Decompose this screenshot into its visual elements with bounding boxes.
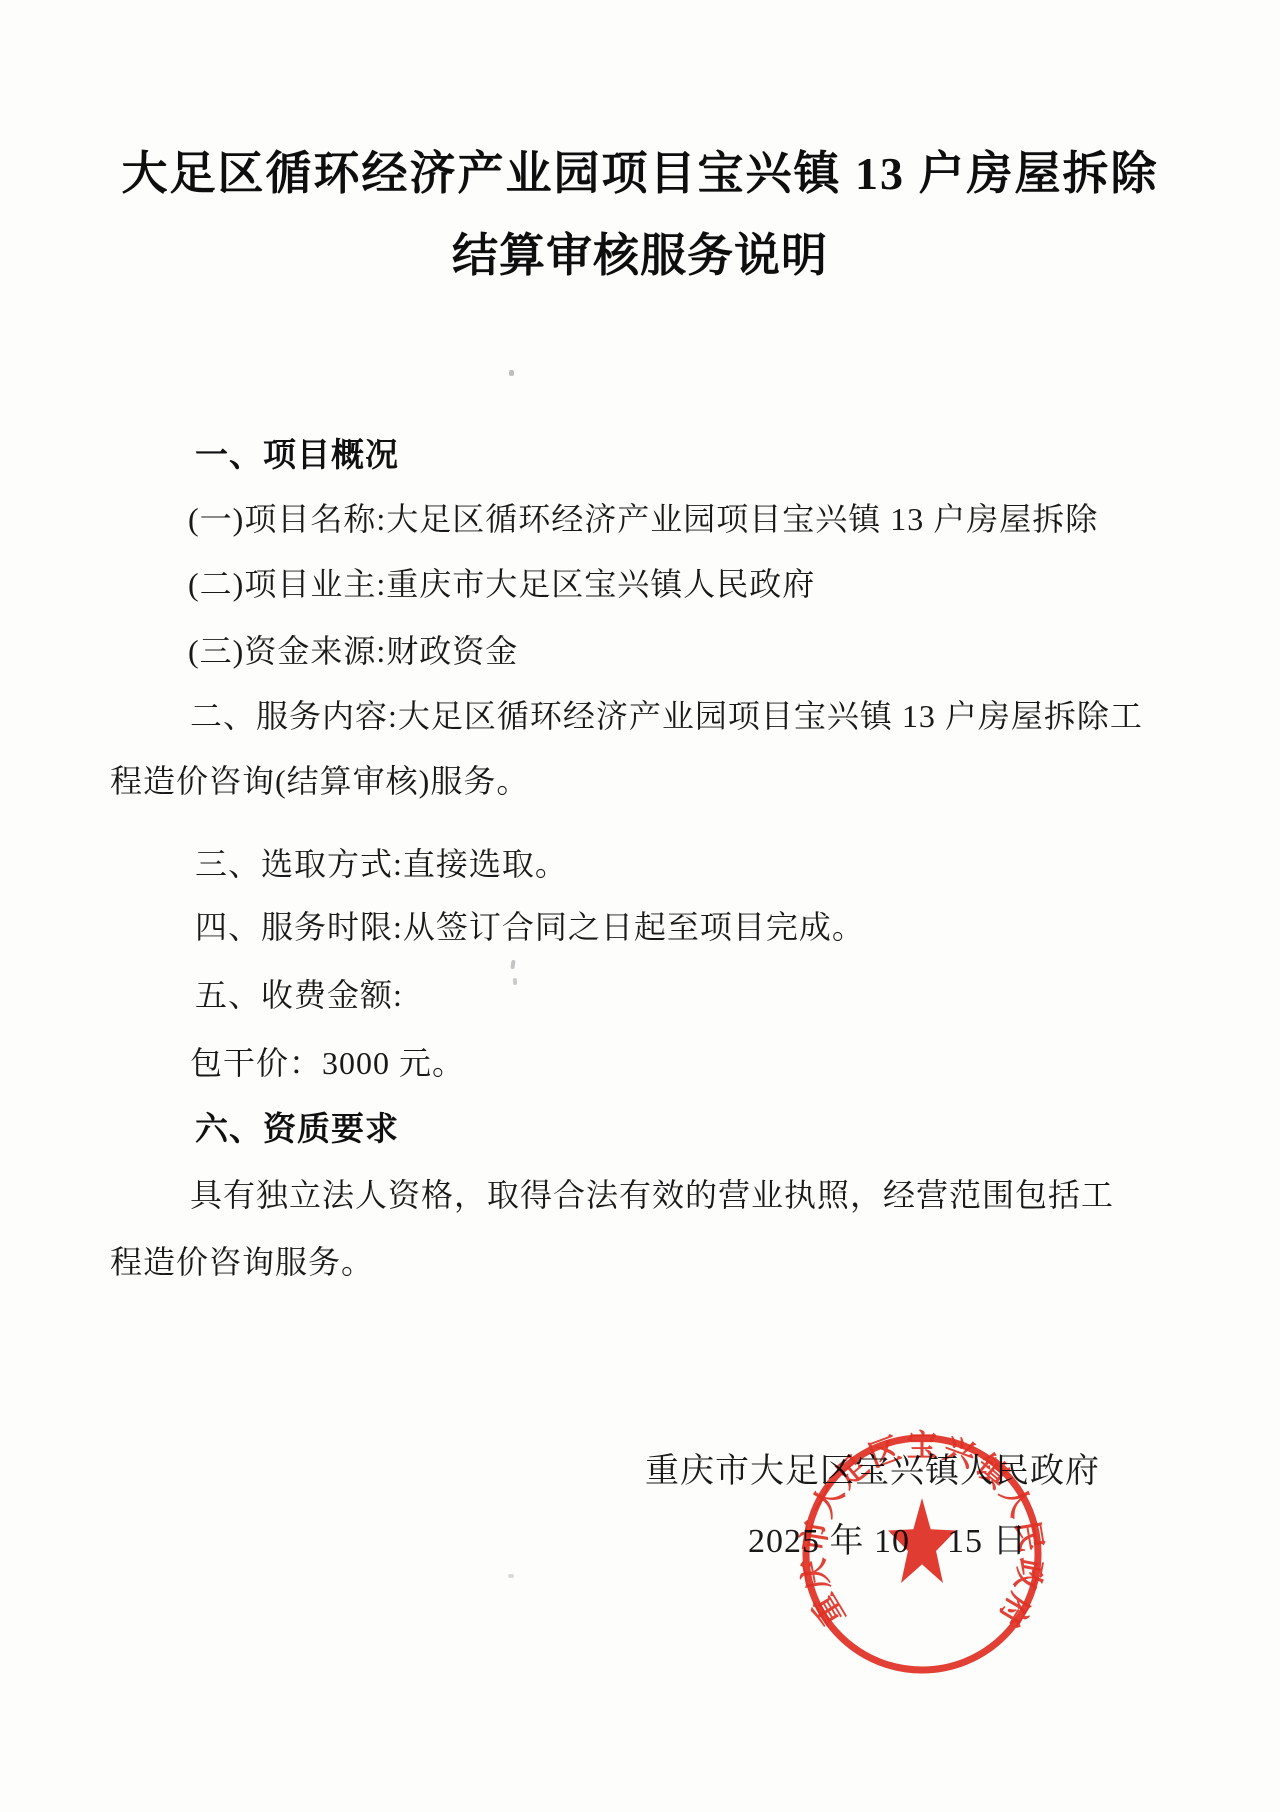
seal-star-icon: [888, 1498, 956, 1583]
body-line-service-content-wrap: 程造价咨询(结算审核)服务。: [110, 762, 529, 800]
body-line-selection-method: 三、选取方式:直接选取。: [195, 845, 568, 883]
section-heading-qualification: 六、资质要求: [195, 1109, 399, 1149]
document-title-line-2: 结算审核服务说明: [0, 230, 1280, 283]
body-line-service-period: 四、服务时限:从签订合同之日起至项目完成。: [195, 908, 865, 946]
scanned-document-page: 大足区循环经济产业园项目宝兴镇 13 户房屋拆除 结算审核服务说明 一、项目概况…: [0, 0, 1280, 1812]
scan-speck: [508, 1574, 514, 1578]
body-line-fee-amount: 五、收费金额:: [195, 976, 403, 1014]
body-line-project-owner: (二)项目业主:重庆市大足区宝兴镇人民政府: [188, 565, 815, 603]
scan-speck: [513, 978, 518, 985]
official-seal-stamp: 重庆市大足区宝兴镇人民政府: [792, 1420, 1052, 1688]
body-line-service-content: 二、服务内容:大足区循环经济产业园项目宝兴镇 13 户房屋拆除工: [190, 697, 1143, 735]
body-line-project-name: (一)项目名称:大足区循环经济产业园项目宝兴镇 13 户房屋拆除: [188, 500, 1098, 538]
scan-speck: [509, 370, 514, 376]
document-title-line-1: 大足区循环经济产业园项目宝兴镇 13 户房屋拆除: [0, 148, 1280, 201]
body-line-funding-source: (三)资金来源:财政资金: [188, 632, 518, 670]
scan-speck: [510, 960, 515, 969]
body-line-lump-sum-price: 包干价：3000 元。: [190, 1044, 465, 1082]
section-heading-project-overview: 一、项目概况: [195, 435, 399, 475]
body-line-qualification: 具有独立法人资格，取得合法有效的营业执照，经营范围包括工: [190, 1176, 1114, 1214]
body-line-qualification-wrap: 程造价咨询服务。: [110, 1243, 374, 1281]
